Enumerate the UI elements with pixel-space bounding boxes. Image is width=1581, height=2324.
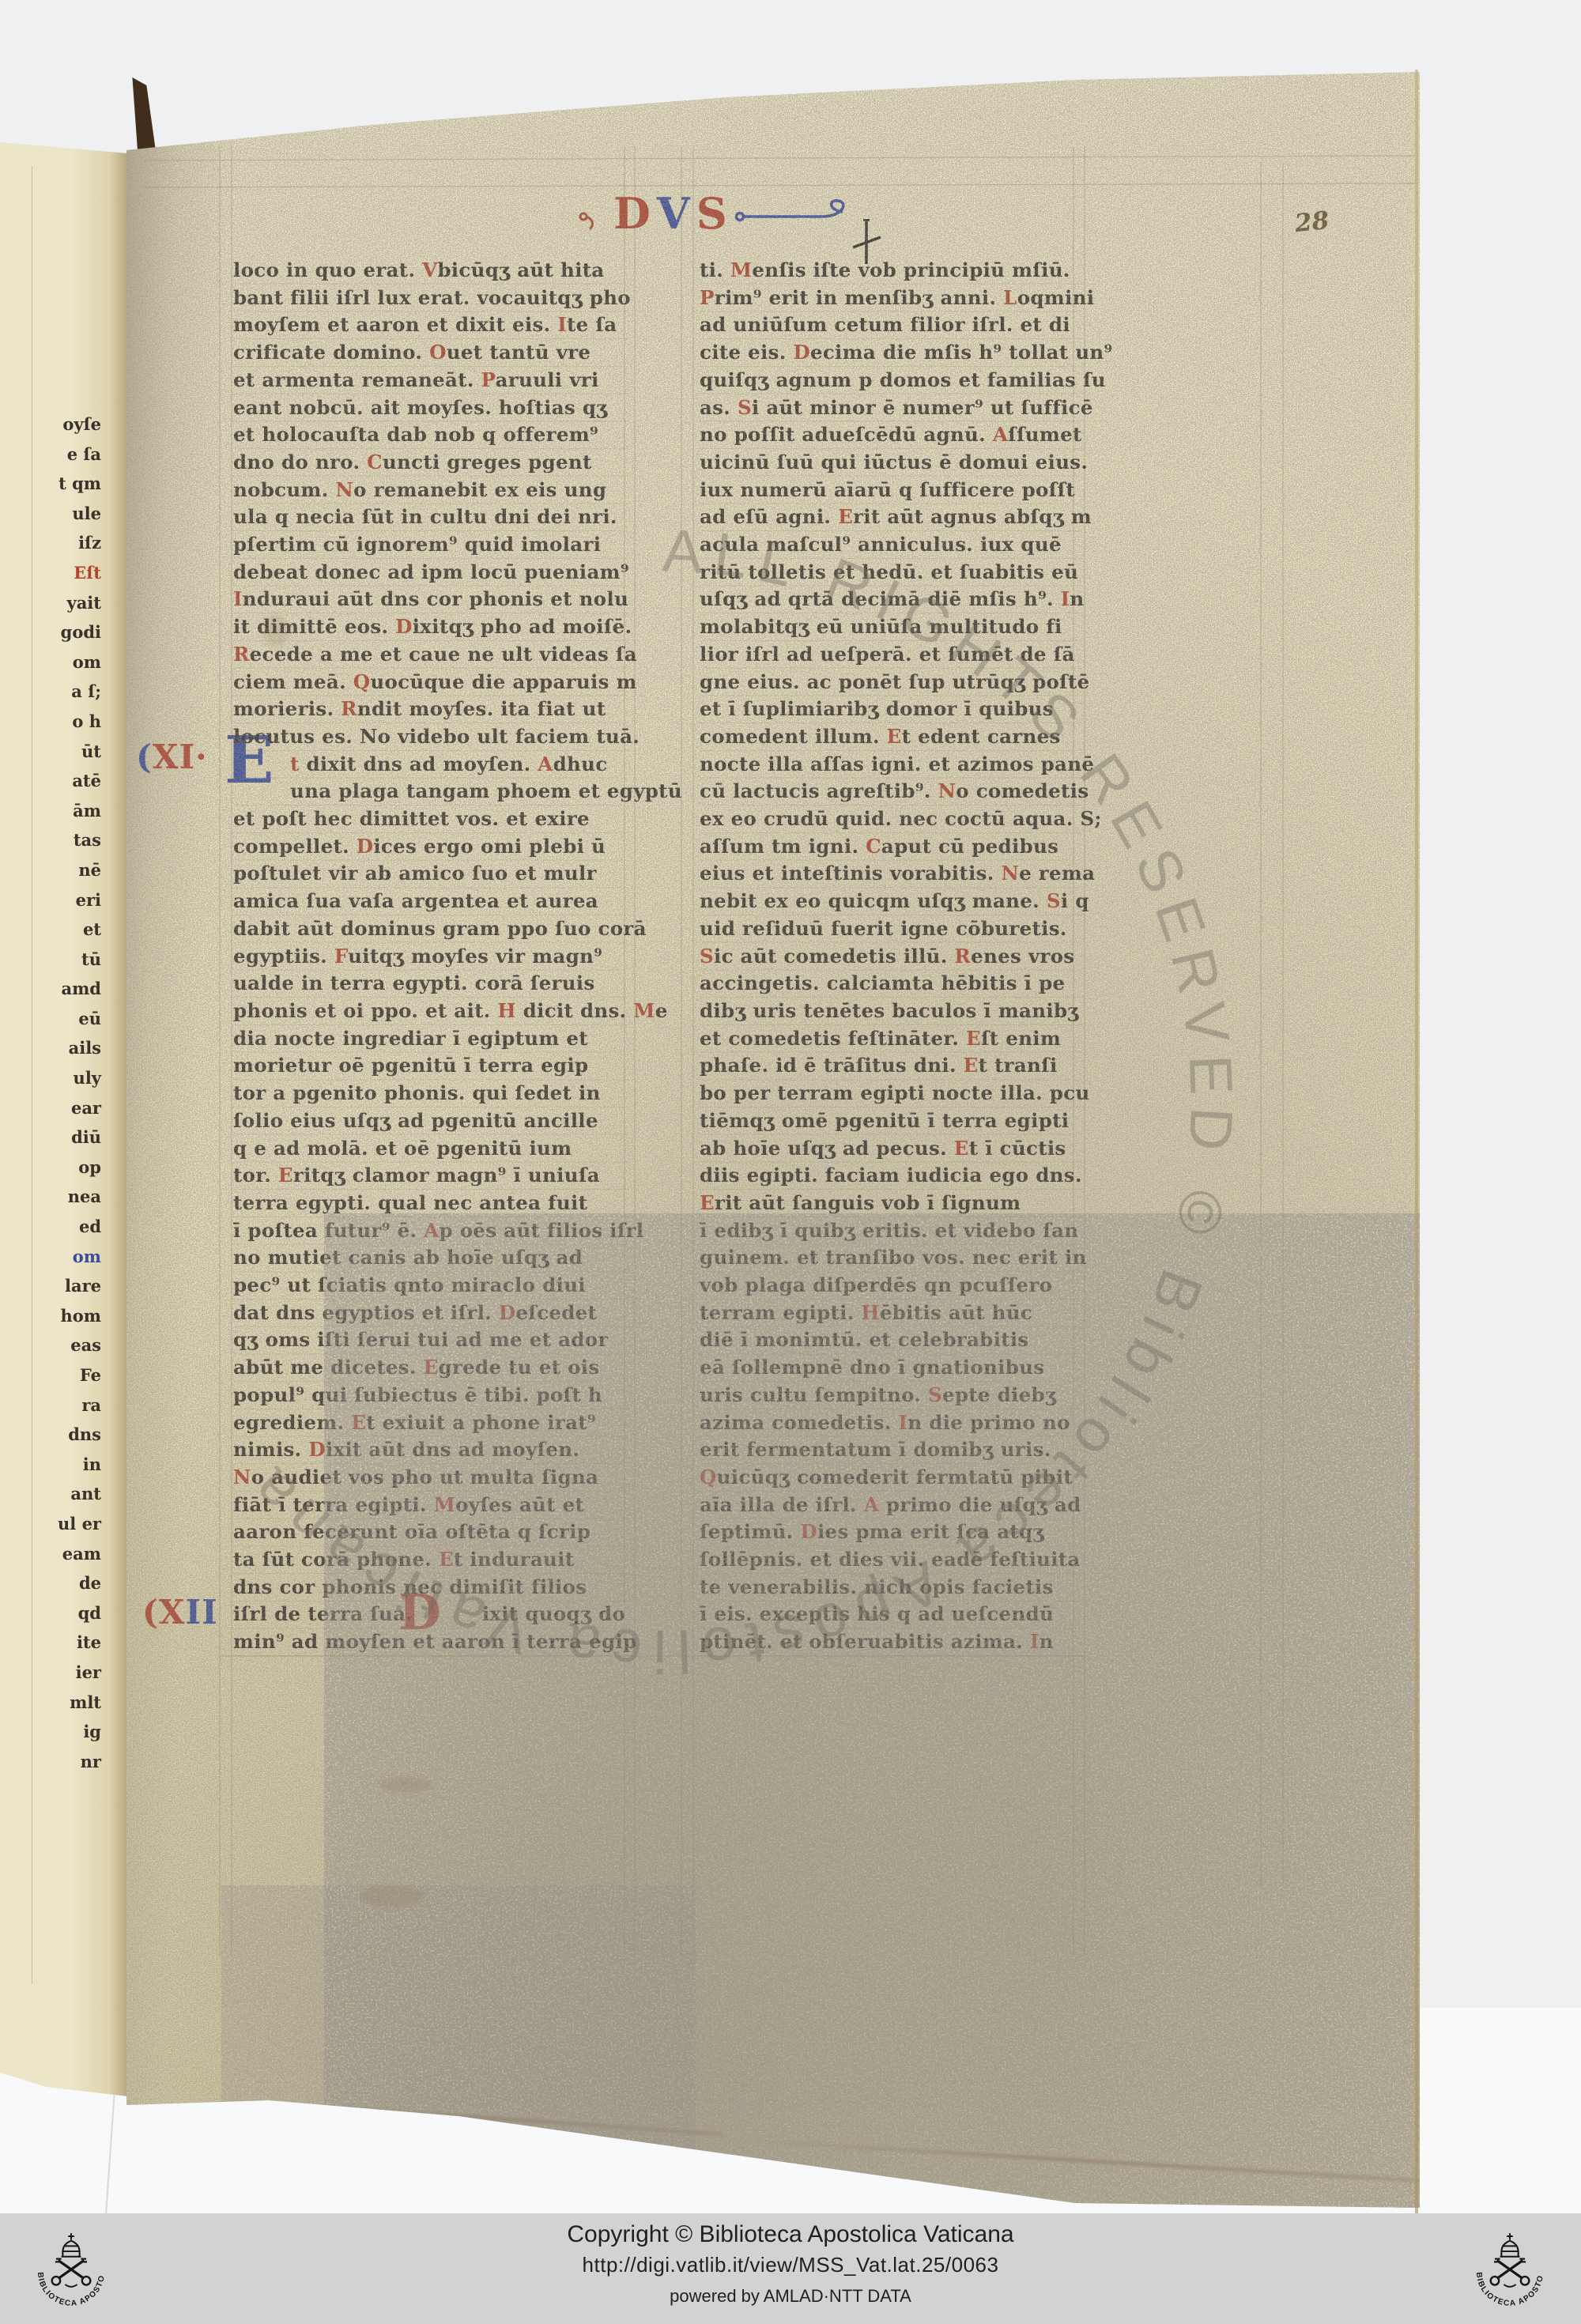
- chapter-mark-xii: (XII: [142, 1596, 218, 1629]
- running-title-letter-d: D: [613, 192, 652, 235]
- manuscript-line: terra egypti. qual nec antea fuit: [233, 1190, 628, 1217]
- facing-page-fragment: nea: [6, 1182, 101, 1212]
- facing-page-fragment: oyſe: [6, 409, 101, 440]
- manuscript-line: cite eis. Decima die mſis h⁹ tollat un⁹: [700, 339, 1082, 367]
- rubricated-letter: E: [838, 505, 853, 528]
- rubricated-letter: E: [700, 1191, 715, 1214]
- running-title: D V S: [577, 192, 864, 235]
- manuscript-scan-viewer: oyſee ſat qmuleiſzEſtyaitgodioma ſ;o hūt…: [0, 0, 1581, 2324]
- facing-page-fragment: ier: [6, 1658, 101, 1688]
- manuscript-line: morieris. Rndit moyſes. ita fiat ut: [233, 696, 628, 723]
- manuscript-line: ad eſū agni. Erit aūt agnus abſqʒ m: [700, 504, 1082, 531]
- manuscript-line: molabitqʒ eū uniūſa multitudo fi: [700, 613, 1082, 641]
- rubricated-letter: S: [738, 396, 752, 419]
- facing-page-fragment: Eſt: [6, 558, 101, 588]
- facing-page-fragment: a ſ;: [6, 677, 101, 707]
- text-column-left: loco in quo erat. Vbicūqʒ aūt hitabant f…: [233, 257, 628, 1656]
- rubricated-letter: M: [633, 999, 655, 1022]
- rubricated-letter: D: [395, 615, 413, 638]
- vatican-library-logo-left: BIBLIOTECA APOSTOLICA VATICANA: [22, 2220, 120, 2318]
- manuscript-line: locutus es. No videbo ult faciem tuā.: [233, 723, 628, 751]
- manuscript-line: poſtulet vir ab amico ſuo et mulr: [233, 860, 628, 888]
- manuscript-line: ſollēpnis. et dies vii. eadē feſtiuita: [700, 1546, 1082, 1574]
- manuscript-line: una plaga tangam phoem et egyptū: [233, 778, 628, 805]
- manuscript-line: dat dns egyptios et iſrl. Deſcedet: [233, 1300, 628, 1327]
- manuscript-line: ī eis. exceptis his q ad ueſcendū: [700, 1601, 1082, 1628]
- manuscript-line: ualde in terra egypti. corā ſeruis: [233, 970, 628, 998]
- rubricated-letter: E: [424, 1356, 439, 1379]
- facing-page-fragment: tū: [6, 945, 101, 975]
- manuscript-line: eā ſollempnē dno ī gnationibus: [700, 1354, 1082, 1382]
- rubricated-letter: S: [1047, 889, 1061, 912]
- manuscript-line: erit fermentatum ī domibʒ uris.: [700, 1436, 1082, 1464]
- manuscript-line: ī poſtea futur⁹ ē. Ap oēs aūt filios iſr…: [233, 1217, 628, 1245]
- facing-page-fragment: mlt: [6, 1688, 101, 1718]
- manuscript-line: ad uniūſum cetum filior iſrl. et di: [700, 311, 1082, 339]
- rubricated-letter: M: [434, 1493, 455, 1516]
- facing-page-fragment: tas: [6, 825, 101, 855]
- manuscript-line: et poſt hec dimittet vos. et exire: [233, 805, 628, 833]
- manuscript-line: terram egipti. Hēbitis aūt hūc: [700, 1300, 1082, 1327]
- manuscript-line: ī edibʒ ī quibʒ eritis. et videbo ſan: [700, 1217, 1082, 1245]
- manuscript-line: tor. Eritqʒ clamor magn⁹ ī uniuſa: [233, 1162, 628, 1190]
- manuscript-line: dia nocte ingrediar ī egiptum et: [233, 1025, 628, 1053]
- rubricated-letter: A: [993, 423, 1008, 446]
- manuscript-line: lior iſrl ad ueſperā. et ſumēt de ſā: [700, 641, 1082, 669]
- manuscript-line: quiſqʒ agnum p domos et familias ſu: [700, 367, 1082, 394]
- manuscript-line: Sic aūt comedetis illū. Renes vros: [700, 943, 1082, 971]
- facing-page-text-fragments: oyſee ſat qmuleiſzEſtyaitgodioma ſ;o hūt…: [6, 409, 101, 1776]
- facing-page-fragment: e ſa: [6, 440, 101, 470]
- facing-page-fragment: dns: [6, 1420, 101, 1450]
- manuscript-line: dibʒ uris tenētes baculos ī manibʒ: [700, 998, 1082, 1025]
- manuscript-line: no mutiet canis ab hoīe uſqʒ ad: [233, 1244, 628, 1272]
- rubricated-letter: N: [938, 779, 957, 802]
- facing-page-fragment: qd: [6, 1598, 101, 1628]
- facing-page-fragment: eū: [6, 1004, 101, 1034]
- manuscript-line: tor a pgenito phonis. qui ſedet in: [233, 1080, 628, 1107]
- manuscript-line: et comedetis feſtināter. Eſt enim: [700, 1025, 1082, 1053]
- binding-gap: [128, 77, 157, 157]
- manuscript-line: debeat donec ad ipm locū pueniam⁹: [233, 559, 628, 587]
- rubricated-letter: R: [233, 643, 250, 666]
- rubricated-letter: R: [341, 697, 357, 720]
- manuscript-line: diis egipti. faciam iudicia ego dns.: [700, 1162, 1082, 1190]
- manuscript-line: eant nobcū. ait moyſes. hoſtias qʒ: [233, 394, 628, 422]
- rubricated-letter: I: [1061, 587, 1070, 610]
- facing-page-fragment: o h: [6, 707, 101, 737]
- manuscript-line: pec⁹ ut ſciatis qnto miraclo diui: [233, 1272, 628, 1300]
- manuscript-line: cū lactucis agreſtib⁹. No comedetis: [700, 778, 1082, 805]
- facing-page-fragment: Fe: [6, 1360, 101, 1390]
- rubricated-letter: E: [964, 1054, 979, 1077]
- manuscript-line: Induraui aūt dns cor phonis et nolu: [233, 586, 628, 613]
- footer-bar: Copyright © Biblioteca Apostolica Vatica…: [0, 2213, 1581, 2324]
- rubricated-letter: D: [308, 1438, 326, 1461]
- manuscript-line: phonis et oi ppo. et ait. H dicit dns. M…: [233, 998, 628, 1025]
- facing-page-fragment: ule: [6, 499, 101, 529]
- manuscript-line: egrediem. Et exiuit a phone irat⁹: [233, 1409, 628, 1437]
- rubricated-letter: E: [966, 1027, 981, 1050]
- rubricated-letter: A: [538, 753, 553, 775]
- manuscript-line: popul⁹ qui ſubiectus ē tibi. poſt h: [233, 1382, 628, 1409]
- manuscript-line: no poſſit adueſcēdū agnū. Aſſumet: [700, 421, 1082, 449]
- manuscript-line: te venerabilis. nich opis facietis: [700, 1574, 1082, 1602]
- manuscript-line: tiēmqʒ omē pgenitū ī terra egipti: [700, 1107, 1082, 1135]
- manuscript-line: No audiet vos pho ut multa ſigna: [233, 1464, 628, 1492]
- facing-page-fragment: ant: [6, 1479, 101, 1509]
- page-right-edge: [1415, 70, 1418, 2213]
- manuscript-line: comedent illum. Et edent carnes: [700, 723, 1082, 751]
- manuscript-line: dno do nro. Cuncti greges pgent: [233, 449, 628, 477]
- facing-page-fragment: hom: [6, 1301, 101, 1331]
- manuscript-line: bo per terram egipti nocte illa. pcu: [700, 1080, 1082, 1107]
- rubricated-letter: Q: [353, 670, 371, 693]
- facing-page-fragment: in: [6, 1450, 101, 1480]
- manuscript-line: iſrl de terra ſua. ixit quoqʒ do: [233, 1601, 628, 1628]
- rubricated-letter: N: [1001, 862, 1019, 885]
- footer-url[interactable]: http://digi.vatlib.it/view/MSS_Vat.lat.2…: [0, 2253, 1581, 2277]
- rubricated-letter: F: [334, 945, 348, 968]
- manuscript-line: qʒ oms iſti ſerui tui ad me et ador: [233, 1326, 628, 1354]
- vatican-library-logo-right: BIBLIOTECA APOSTOLICA VATICANA: [1461, 2220, 1559, 2318]
- rubricated-letter: D: [499, 1301, 516, 1324]
- manuscript-line: t dixit dns ad moyſen. Adhuc: [233, 751, 628, 779]
- facing-page-fragment: om: [6, 1242, 101, 1272]
- facing-page-fragment: iſz: [6, 528, 101, 558]
- manuscript-line: amica ſua vaſa argentea et aurea: [233, 888, 628, 915]
- facing-page-fragment: ūt: [6, 737, 101, 767]
- rubricated-letter: A: [864, 1493, 879, 1516]
- manuscript-line: Prim⁹ erit in menſibʒ anni. Loqmini: [700, 285, 1082, 312]
- manuscript-line: compellet. Dices ergo omi plebi ū: [233, 833, 628, 861]
- facing-page-fragment: de: [6, 1568, 101, 1598]
- manuscript-page: D V S 28 (XI· E (XII D: [126, 67, 1420, 2213]
- rubricated-letter: C: [866, 835, 881, 858]
- manuscript-line: nebit ex eo quicqm uſqʒ mane. Si q: [700, 888, 1082, 915]
- manuscript-line: phaſe. id ē trāſitus dni. Et tranſi: [700, 1052, 1082, 1080]
- manuscript-line: nocte illa aſſas igni. et azimos panē: [700, 751, 1082, 779]
- manuscript-line: uſqʒ ad qrtā decimā diē mſis h⁹. In: [700, 586, 1082, 613]
- manuscript-line: pſertim cū ignorem⁹ quid imolari: [233, 531, 628, 559]
- rubricated-letter: E: [887, 725, 902, 748]
- rubricated-letter: O: [429, 341, 447, 364]
- facing-page-fragment: eri: [6, 885, 101, 915]
- facing-page-fragment: atē: [6, 766, 101, 796]
- rubricated-letter: P: [700, 286, 715, 309]
- facing-page-fragment: lare: [6, 1271, 101, 1301]
- rubricated-letter: N: [335, 478, 353, 501]
- facing-page-fragment: godi: [6, 617, 101, 647]
- manuscript-line: dabit aūt dominus gram ppo ſuo corā: [233, 915, 628, 943]
- manuscript-line: et holocauſta dab nob q offerem⁹: [233, 421, 628, 449]
- rubricated-letter: R: [954, 945, 971, 968]
- facing-page-fragment: eam: [6, 1539, 101, 1569]
- manuscript-line: ciem meā. Quocūque die apparuis m: [233, 669, 628, 696]
- rubricated-letter: E: [954, 1137, 969, 1160]
- facing-page-fragment: t qm: [6, 469, 101, 499]
- rubricated-letter: P: [481, 368, 496, 391]
- manuscript-line: ex eo crudū quid. nec coctū aqua. S;: [700, 805, 1082, 833]
- manuscript-line: uicinū ſuū qui iūctus ē domui eius.: [700, 449, 1082, 477]
- blue-flourish-icon: [734, 198, 864, 229]
- manuscript-line: morietur oē pgenitū ī terra egip: [233, 1052, 628, 1080]
- manuscript-line: uris cultu ſempitno. Septe diebʒ: [700, 1382, 1082, 1409]
- facing-page-fragment: ig: [6, 1717, 101, 1747]
- facing-page-fragment: op: [6, 1153, 101, 1183]
- manuscript-line: aīa illa de iſrl. A primo die uſqʒ ad: [700, 1492, 1082, 1519]
- manuscript-line: egyptiis. Fuitqʒ moyſes vir magn⁹: [233, 943, 628, 971]
- rubricated-letter: I: [557, 313, 567, 336]
- rubricated-letter: S: [700, 945, 714, 968]
- manuscript-line: min⁹ ad moyſen et aaron ī terra egip: [233, 1628, 628, 1656]
- rubricated-letter: E: [351, 1411, 366, 1434]
- rubricated-letter: D: [793, 341, 810, 364]
- manuscript-line: nimis. Dixit aūt dns ad moyſen.: [233, 1436, 628, 1464]
- facing-page-fragment: ed: [6, 1212, 101, 1242]
- running-title-letter-v: V: [657, 192, 692, 235]
- rubricated-letter: H: [497, 999, 515, 1022]
- rubricated-letter: t: [290, 753, 300, 775]
- folio-number: 28: [1293, 206, 1330, 238]
- rubricated-letter: C: [367, 451, 383, 473]
- manuscript-line: nobcum. No remanebit ex eis ung: [233, 477, 628, 504]
- facing-page-fragment: nr: [6, 1747, 101, 1777]
- rubricated-letter: D: [357, 835, 374, 858]
- facing-page-fragment: yait: [6, 588, 101, 618]
- manuscript-line: ula q necia ſūt in cultu dni dei nri.: [233, 504, 628, 531]
- manuscript-line: uid reſiduū fuerit igne cōburetis.: [700, 915, 1082, 943]
- chapter-mark-xi: (XI·: [136, 741, 208, 774]
- manuscript-line: ta ſūt corā phone. Et indurauit: [233, 1546, 628, 1574]
- manuscript-line: guinem. et tranſibo vos. nec erit in: [700, 1244, 1082, 1272]
- rubricated-letter: I: [1030, 1630, 1040, 1653]
- stain: [360, 1885, 424, 1907]
- running-title-letter-s: S: [696, 192, 729, 235]
- manuscript-line: acula maſcul⁹ anniculus. iux quē: [700, 531, 1082, 559]
- manuscript-line: azima comedetis. In die primo no: [700, 1409, 1082, 1437]
- rubricated-letter: L: [1003, 286, 1017, 309]
- manuscript-line: iux numerū aīarū q ſufficere poſſt: [700, 477, 1082, 504]
- facing-page-fragment: eas: [6, 1330, 101, 1360]
- facing-page-fragment: ite: [6, 1628, 101, 1658]
- show-through-smudge: [265, 79, 340, 111]
- rubricated-letter: E: [278, 1164, 293, 1187]
- manuscript-line: aſſum tm igni. Caput cū pedibus: [700, 833, 1082, 861]
- manuscript-line: et armenta remaneāt. Paruuli vri: [233, 367, 628, 394]
- footer-copyright: Copyright © Biblioteca Apostolica Vatica…: [0, 2221, 1581, 2248]
- manuscript-line: vob plaga diſperdēs qn pcuſſero: [700, 1272, 1082, 1300]
- facing-page-fragment: ul er: [6, 1509, 101, 1539]
- facing-page-sliver: oyſee ſat qmuleiſzEſtyaitgodioma ſ;o hūt…: [0, 134, 128, 2111]
- manuscript-line: fiāt ī terra egipti. Moyſes aūt et: [233, 1492, 628, 1519]
- manuscript-line: crificate domino. Ouet tantū vre: [233, 339, 628, 367]
- rubricated-letter: A: [424, 1219, 439, 1242]
- manuscript-line: gne eius. ac ponēt ſup utrūqʒ poſtē: [700, 669, 1082, 696]
- manuscript-line: loco in quo erat. Vbicūqʒ aūt hita: [233, 257, 628, 285]
- facing-page-fragment: ear: [6, 1093, 101, 1123]
- facing-page-fragment: amd: [6, 974, 101, 1004]
- manuscript-line: diē ī monimtū. et celebrabitis: [700, 1326, 1082, 1354]
- facing-page-fragment: nē: [6, 855, 101, 885]
- manuscript-line: it dimittē eos. Dixitqʒ pho ad moiſē.: [233, 613, 628, 641]
- facing-page-fragment: ra: [6, 1390, 101, 1420]
- rubricated-letter: I: [233, 587, 243, 610]
- rubricated-letter: M: [730, 258, 752, 281]
- rubricated-letter: Q: [700, 1466, 717, 1488]
- footer-powered-by: powered by AMLAD·NTT DATA: [0, 2286, 1581, 2307]
- rubricated-letter: S: [928, 1383, 942, 1406]
- manuscript-line: ritū tolletis et hedū. et ſuabitis eū: [700, 559, 1082, 587]
- manuscript-line: abūt me dicetes. Egrede tu et ois: [233, 1354, 628, 1382]
- manuscript-line: dns cor phonis nec dimiſit filios: [233, 1574, 628, 1602]
- rubricated-letter: E: [439, 1548, 454, 1571]
- manuscript-line: ſolio eius uſqʒ ad pgenitū ancille: [233, 1107, 628, 1135]
- manuscript-line: q e ad molā. et oē pgenitū ium: [233, 1135, 628, 1163]
- facing-page-fragment: om: [6, 647, 101, 677]
- manuscript-line: et ī ſuplimiaribʒ domor ī quibus: [700, 696, 1082, 723]
- manuscript-line: ab hoīe uſqʒ ad pecus. Et ī cūctis: [700, 1135, 1082, 1163]
- manuscript-line: aaron fecerunt oīa oſtēta q ſcrip: [233, 1519, 628, 1546]
- manuscript-line: ti. Menſis iſte vob principiū mſiū.: [700, 257, 1082, 285]
- rubricated-letter: V: [422, 258, 437, 281]
- rubricated-letter: D: [800, 1520, 817, 1543]
- facing-page-fragment: ām: [6, 796, 101, 826]
- red-flourish-icon: [577, 196, 609, 231]
- facing-page-fragment: uly: [6, 1063, 101, 1093]
- manuscript-line: Quicūqʒ comederit fermtatū pibit: [700, 1464, 1082, 1492]
- manuscript-line: bant filii iſrl lux erat. vocauitqʒ pho: [233, 285, 628, 312]
- manuscript-line: eius et inteſtinis vorabitis. Ne rema: [700, 860, 1082, 888]
- manuscript-line: Erit aūt ſanguis vob ī ſignum: [700, 1190, 1082, 1217]
- facing-page-fragment: diū: [6, 1122, 101, 1153]
- text-column-right: ti. Menſis iſte vob principiū mſiū.Prim⁹…: [700, 257, 1082, 1656]
- rubricated-letter: I: [899, 1411, 908, 1434]
- facing-page-fragment: et: [6, 915, 101, 945]
- manuscript-line: moyſem et aaron et dixit eis. Ite ſa: [233, 311, 628, 339]
- stain: [379, 1777, 432, 1793]
- manuscript-line: as. Si aūt minor ē numer⁹ ut ſufficē: [700, 394, 1082, 422]
- rubricated-letter: H: [861, 1301, 879, 1324]
- facing-page-fragment: ails: [6, 1033, 101, 1063]
- manuscript-line: ptinēt. et obſeruabitis azima. In: [700, 1628, 1082, 1656]
- manuscript-line: ſeptimū. Dies pma erit ſca atqʒ: [700, 1519, 1082, 1546]
- manuscript-line: accingetis. calciamta hēbitis ī pe: [700, 970, 1082, 998]
- rubricated-letter: N: [233, 1466, 251, 1488]
- manuscript-line: Recede a me et caue ne ult videas ſa: [233, 641, 628, 669]
